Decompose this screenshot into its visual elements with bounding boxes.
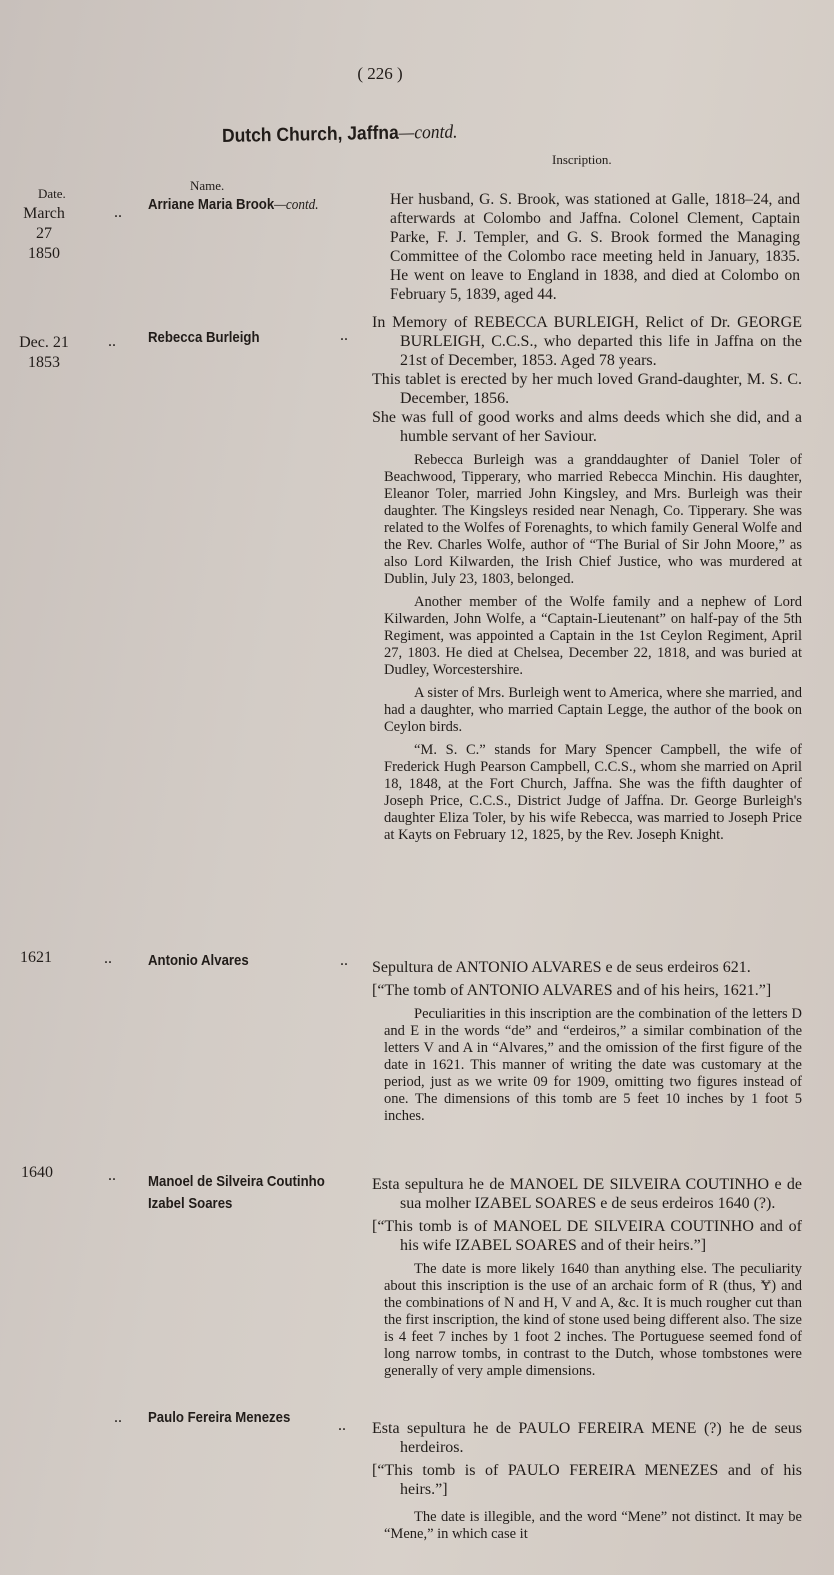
inscription-line: Esta sepultura he de MANOEL DE SILVEIRA … [372,1175,802,1213]
column-header-inscription: Inscription. [552,152,612,168]
note-paragraph: Peculiarities in this inscription are th… [372,1006,802,1125]
leader-dots: .. [108,333,116,351]
entry-inscription: Sepultura de ANTONIO ALVARES e de seus e… [372,958,802,1125]
entry-name: Manoel de Silveira CoutinhoIzabel Soares [148,1171,325,1215]
leader-dots: .. [340,327,348,345]
note-paragraph: Rebecca Burleigh was a granddaughter of … [372,452,802,588]
name-text: Arriane Maria Brook [148,196,274,213]
page-number: ( 226 ) [0,64,760,84]
entry-date: 1640 [20,1163,54,1183]
note-paragraph: Another member of the Wolfe family and a… [372,594,802,679]
name-suffix: —contd. [274,197,318,213]
column-header-name: Name. [190,178,224,194]
leader-dots: .. [104,950,112,968]
inscription-line: She was full of good works and alms deed… [372,408,802,446]
note-paragraph: Her husband, G. S. Brook, was stationed … [390,190,800,304]
leader-dots: .. [114,204,122,222]
inscription-line: Esta sepultura he de PAULO FEREIRA MENE … [372,1419,802,1457]
entry-inscription: Esta sepultura he de PAULO FEREIRA MENE … [372,1419,802,1543]
date-line: 1853 [14,353,74,373]
entry-date: Dec. 211853 [14,333,74,373]
inscription-line: This tablet is erected by her much loved… [372,370,802,408]
page-title: Dutch Church, Jaffna—contd. [222,122,458,148]
note-paragraph: A sister of Mrs. Burleigh went to Americ… [372,685,802,736]
entry-name: Antonio Alvares [148,950,249,972]
name-line: Manoel de Silveira Coutinho [148,1171,325,1193]
entry-name: Paulo Fereira Menezes [148,1407,290,1429]
inscription-line: Sepultura de ANTONIO ALVARES e de seus e… [372,958,802,977]
inscription-line: [“The tomb of ANTONIO ALVARES and of his… [372,981,802,1000]
entry-date: 1621 [20,948,50,968]
title-main: Dutch Church, Jaffna [222,123,399,147]
inscription-line: In Memory of REBECCA BURLEIGH, Relict of… [372,313,802,370]
note-paragraph: The date is illegible, and the word “Men… [372,1509,802,1543]
leader-dots: .. [114,1409,122,1427]
entry-inscription: In Memory of REBECCA BURLEIGH, Relict of… [372,313,802,844]
leader-dots: .. [340,952,348,970]
date-line: March 27 [14,204,74,244]
note-paragraph: “M. S. C.” stands for Mary Spencer Campb… [372,742,802,844]
date-line: Dec. 21 [14,333,74,353]
title-suffix: —contd. [399,122,458,144]
entry-name: Arriane Maria Brook—contd. [148,194,319,216]
name-line: Izabel Soares [148,1193,325,1215]
entry-inscription: Esta sepultura he de MANOEL DE SILVEIRA … [372,1175,802,1380]
date-line: 1850 [14,244,74,264]
entry-notes: Her husband, G. S. Brook, was stationed … [390,184,800,304]
column-header-date: Date. [38,186,66,202]
entry-date: March 271850 [14,204,74,264]
note-paragraph: The date is more likely 1640 than anythi… [372,1261,802,1380]
leader-dots: .. [338,1417,346,1435]
leader-dots: .. [108,1167,116,1185]
inscription-line: [“This tomb is of PAULO FEREIRA MENEZES … [372,1461,802,1499]
inscription-line: [“This tomb is of MANOEL DE SILVEIRA COU… [372,1217,802,1255]
entry-name: Rebecca Burleigh [148,327,260,349]
